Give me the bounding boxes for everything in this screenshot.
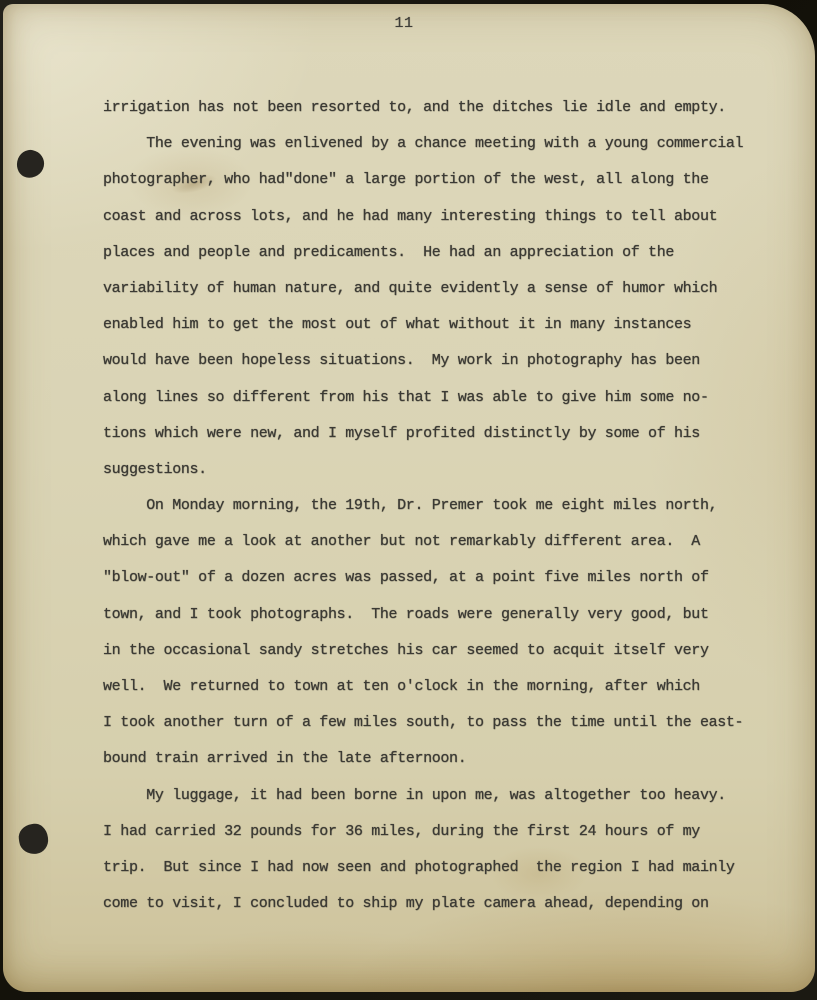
- text-line: I had carried 32 pounds for 36 miles, du…: [103, 814, 775, 850]
- text-line: variability of human nature, and quite e…: [103, 271, 775, 307]
- typed-text-body: irrigation has not been resorted to, and…: [103, 90, 775, 922]
- text-line: trip. But since I had now seen and photo…: [103, 850, 775, 886]
- text-line: photographer, who had"done" a large port…: [103, 162, 775, 198]
- text-line: tions which were new, and I myself profi…: [103, 416, 775, 452]
- text-line: well. We returned to town at ten o'clock…: [103, 669, 775, 705]
- text-line: enabled him to get the most out of what …: [103, 307, 775, 343]
- ink-blot-top: [14, 147, 46, 180]
- text-line: "blow-out" of a dozen acres was passed, …: [103, 560, 775, 596]
- text-line: which gave me a look at another but not …: [103, 524, 775, 560]
- text-line: My luggage, it had been borne in upon me…: [103, 778, 775, 814]
- text-line: coast and across lots, and he had many i…: [103, 199, 775, 235]
- text-line: On Monday morning, the 19th, Dr. Premer …: [103, 488, 775, 524]
- text-line: in the occasional sandy stretches his ca…: [103, 633, 775, 669]
- text-line: town, and I took photographs. The roads …: [103, 597, 775, 633]
- text-line: come to visit, I concluded to ship my pl…: [103, 886, 775, 922]
- text-line: irrigation has not been resorted to, and…: [103, 90, 775, 126]
- typewritten-page: 11 irrigation has not been resorted to, …: [3, 4, 815, 992]
- text-line: would have been hopeless situations. My …: [103, 343, 775, 379]
- text-line: along lines so different from his that I…: [103, 380, 775, 416]
- page-number: 11: [3, 15, 805, 32]
- text-line: places and people and predicaments. He h…: [103, 235, 775, 271]
- text-line: I took another turn of a few miles south…: [103, 705, 775, 741]
- text-line: bound train arrived in the late afternoo…: [103, 741, 775, 777]
- text-line: The evening was enlivened by a chance me…: [103, 126, 775, 162]
- ink-blot-bottom: [17, 822, 50, 856]
- text-line: suggestions.: [103, 452, 775, 488]
